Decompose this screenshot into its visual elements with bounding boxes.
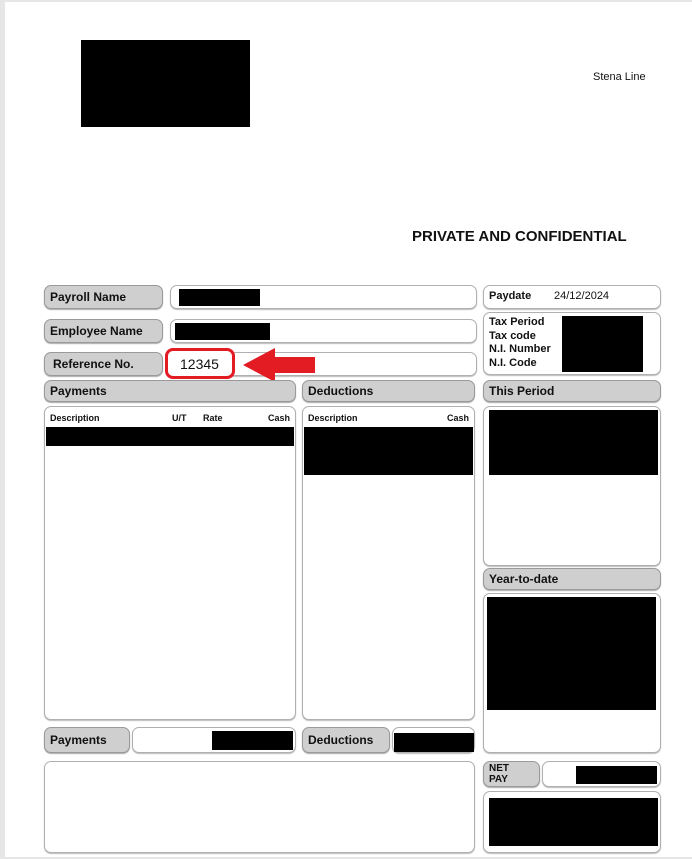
deductions-total-label: Deductions [302,727,390,753]
this-period-box [483,406,661,566]
reference-label: Reference No. [44,352,163,376]
payslip-page: Stena Line PRIVATE AND CONFIDENTIAL Payr… [5,2,692,857]
payroll-name-field [170,285,477,309]
net-pay-field [542,761,661,787]
employee-name-label: Employee Name [44,319,163,343]
redacted-employee-name [175,323,270,340]
payroll-name-label: Payroll Name [44,285,163,309]
redacted-year-to-date [487,597,656,710]
redacted-payment-row [46,427,294,446]
deductions-total-field [392,727,475,753]
reference-highlight-box: 12345 [165,348,235,379]
redacted-deduction-rows [304,427,473,475]
redacted-payroll-name [179,289,260,306]
payment-details-box [483,791,661,853]
payments-header: Payments [44,380,296,402]
tax-info-box: Tax Period Tax code N.I. Number N.I. Cod… [483,312,661,375]
message-box [44,761,475,853]
payments-col-rate: Rate [203,413,223,423]
tax-info-labels: Tax Period Tax code N.I. Number N.I. Cod… [489,316,551,370]
payments-col-cash: Cash [268,413,290,423]
company-name: Stena Line [593,71,646,83]
reference-value: 12345 [180,356,219,372]
confidential-heading: PRIVATE AND CONFIDENTIAL [412,228,627,245]
payments-col-description: Description [50,413,100,423]
redacted-this-period [489,410,658,475]
deductions-col-cash: Cash [447,413,469,423]
red-arrow-icon [243,347,317,383]
employee-name-field [170,319,477,343]
payments-total-field [132,727,296,753]
paydate-box: Paydate 24/12/2024 [483,285,661,309]
payments-total-label: Payments [44,727,130,753]
redacted-net-pay [576,766,657,784]
net-pay-label-line1: NET [489,763,509,774]
deductions-header: Deductions [302,380,475,402]
this-period-header: This Period [483,380,661,402]
redacted-payments-total [212,731,293,750]
paydate-value: 24/12/2024 [554,290,609,302]
redacted-tax-info [562,316,643,372]
tax-period-label: Tax Period [489,316,551,330]
redacted-deductions-total [394,733,474,752]
deductions-col-description: Description [308,413,358,423]
payments-col-ut: U/T [172,413,187,423]
ni-number-label: N.I. Number [489,343,551,357]
redacted-payment-details [489,798,658,846]
ni-code-label: N.I. Code [489,357,551,371]
year-to-date-header: Year-to-date [483,568,661,590]
net-pay-label: NET PAY [483,761,540,787]
tax-code-label: Tax code [489,330,551,344]
net-pay-label-line2: PAY [489,774,508,785]
year-to-date-box [483,593,661,753]
paydate-label: Paydate [489,290,531,302]
payments-table: Description U/T Rate Cash [44,406,296,720]
redacted-logo [81,40,250,127]
deductions-table: Description Cash [302,406,475,720]
